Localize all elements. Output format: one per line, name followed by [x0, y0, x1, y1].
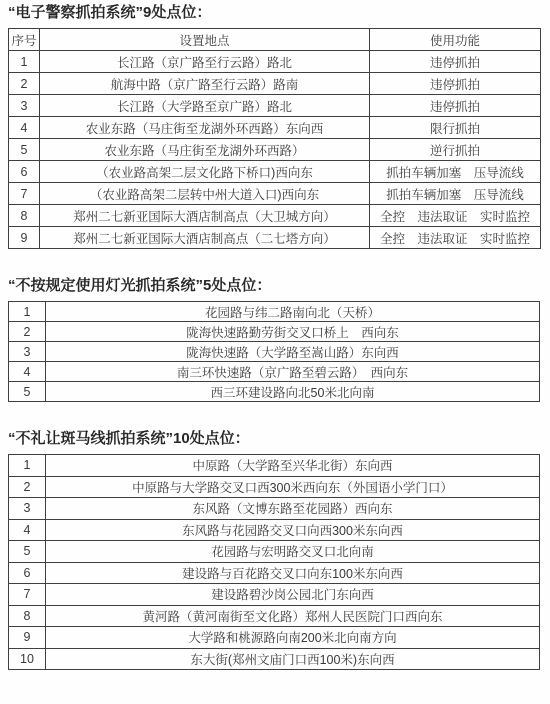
cell-location: 东风路与花园路交叉口向西300米东向西 [46, 519, 540, 541]
section-electronic-police: “电子警察抓拍系统”9处点位： 序号 设置地点 使用功能 1 长江路（京广路至行… [8, 5, 540, 249]
cell-location: 花园路与纬二路南向北（天桥） [46, 302, 540, 322]
cell-serial: 6 [9, 562, 46, 584]
table-row: 4 东风路与花园路交叉口向西300米东向西 [9, 519, 540, 541]
cell-function: 限行抓拍 [370, 117, 541, 139]
cell-serial: 1 [9, 455, 46, 477]
electronic-police-table: 序号 设置地点 使用功能 1 长江路（京广路至行云路）路北 违停抓拍 2 航海中… [8, 28, 541, 249]
cell-location: 农业东路（马庄街至龙湖外环西路） [40, 139, 370, 161]
cell-location: 建设路与百花路交叉口向东100米东向西 [46, 562, 540, 584]
header-serial: 序号 [9, 29, 40, 51]
cell-location: 建设路碧沙岗公园北门东向西 [46, 584, 540, 606]
table-header-row: 序号 设置地点 使用功能 [9, 29, 541, 51]
cell-serial: 2 [9, 476, 46, 498]
cell-location: 长江路（京广路至行云路）路北 [40, 51, 370, 73]
cell-location: 陇海快速路（大学路至嵩山路）东向西 [46, 342, 540, 362]
cell-serial: 7 [9, 183, 40, 205]
table-row: 3 长江路（大学路至京广路）路北 违停抓拍 [9, 95, 541, 117]
cell-serial: 9 [9, 627, 46, 649]
table-row: 5 农业东路（马庄街至龙湖外环西路） 逆行抓拍 [9, 139, 541, 161]
cell-location: 东风路（文博东路至花园路）西向东 [46, 498, 540, 520]
header-location: 设置地点 [40, 29, 370, 51]
cell-serial: 4 [9, 362, 46, 382]
cell-location: 中原路（大学路至兴华北街）东向西 [46, 455, 540, 477]
table-row: 1 中原路（大学路至兴华北街）东向西 [9, 455, 540, 477]
cell-location: 航海中路（京广路至行云路）路南 [40, 73, 370, 95]
cell-serial: 4 [9, 519, 46, 541]
cell-serial: 2 [9, 322, 46, 342]
table-row: 1 花园路与纬二路南向北（天桥） [9, 302, 540, 322]
cell-location: 中原路与大学路交叉口西300米西向东（外国语小学门口） [46, 476, 540, 498]
cell-serial: 8 [9, 605, 46, 627]
cell-location: 大学路和桃源路向南200米北向南方向 [46, 627, 540, 649]
cell-serial: 5 [9, 139, 40, 161]
cell-serial: 6 [9, 161, 40, 183]
cell-location: 花园路与宏明路交叉口北向南 [46, 541, 540, 563]
table-row: 2 中原路与大学路交叉口西300米西向东（外国语小学门口） [9, 476, 540, 498]
cell-serial: 10 [9, 648, 46, 670]
cell-function: 违停抓拍 [370, 51, 541, 73]
header-function: 使用功能 [370, 29, 541, 51]
cell-function: 抓拍车辆加塞 压导流线 [370, 183, 541, 205]
table-row: 8 郑州二七新亚国际大酒店制高点（大卫城方向） 全控 违法取证 实时监控 [9, 205, 541, 227]
cell-serial: 9 [9, 227, 40, 249]
table-row: 5 花园路与宏明路交叉口北向南 [9, 541, 540, 563]
cell-location: 黄河路（黄河南街至文化路）郑州人民医院门口西向东 [46, 605, 540, 627]
table-row: 9 郑州二七新亚国际大酒店制高点（二七塔方向） 全控 违法取证 实时监控 [9, 227, 541, 249]
table-row: 8 黄河路（黄河南街至文化路）郑州人民医院门口西向东 [9, 605, 540, 627]
cell-serial: 7 [9, 584, 46, 606]
cell-location: 南三环快速路（京广路至碧云路） 西向东 [46, 362, 540, 382]
cell-serial: 5 [9, 541, 46, 563]
cell-serial: 3 [9, 95, 40, 117]
cell-location: 郑州二七新亚国际大酒店制高点（大卫城方向） [40, 205, 370, 227]
table-row: 9 大学路和桃源路向南200米北向南方向 [9, 627, 540, 649]
table-row: 6 （农业路高架二层文化路下桥口)西向东 抓拍车辆加塞 压导流线 [9, 161, 541, 183]
table-row: 2 陇海快速路勤劳街交叉口桥上 西向东 [9, 322, 540, 342]
table-row: 7 建设路碧沙岗公园北门东向西 [9, 584, 540, 606]
table-row: 5 西三环建设路向北50米北向南 [9, 382, 540, 402]
light-usage-table: 1 花园路与纬二路南向北（天桥） 2 陇海快速路勤劳街交叉口桥上 西向东 3 陇… [8, 301, 540, 402]
table-row: 7 （农业路高架二层转中州大道入口)西向东 抓拍车辆加塞 压导流线 [9, 183, 541, 205]
section-title-electronic-police: “电子警察抓拍系统”9处点位： [8, 5, 540, 21]
table-row: 1 长江路（京广路至行云路）路北 违停抓拍 [9, 51, 541, 73]
cell-serial: 1 [9, 302, 46, 322]
cell-function: 违停抓拍 [370, 73, 541, 95]
cell-serial: 8 [9, 205, 40, 227]
cell-function: 全控 违法取证 实时监控 [370, 227, 541, 249]
table-row: 2 航海中路（京广路至行云路）路南 违停抓拍 [9, 73, 541, 95]
cell-location: （农业路高架二层转中州大道入口)西向东 [40, 183, 370, 205]
cell-function: 逆行抓拍 [370, 139, 541, 161]
table-row: 6 建设路与百花路交叉口向东100米东向西 [9, 562, 540, 584]
section-title-light-usage: “不按规定使用灯光抓拍系统”5处点位： [8, 278, 540, 294]
page: “电子警察抓拍系统”9处点位： 序号 设置地点 使用功能 1 长江路（京广路至行… [0, 0, 550, 670]
table-row: 3 陇海快速路（大学路至嵩山路）东向西 [9, 342, 540, 362]
cell-serial: 3 [9, 498, 46, 520]
cell-location: 东大街(郑州文庙门口西100米)东向西 [46, 648, 540, 670]
cell-function: 抓拍车辆加塞 压导流线 [370, 161, 541, 183]
cell-location: 西三环建设路向北50米北向南 [46, 382, 540, 402]
section-zebra-crossing: “不礼让斑马线抓拍系统”10处点位： 1 中原路（大学路至兴华北街）东向西 2 … [8, 431, 540, 670]
cell-serial: 2 [9, 73, 40, 95]
table-row: 3 东风路（文博东路至花园路）西向东 [9, 498, 540, 520]
cell-serial: 5 [9, 382, 46, 402]
cell-serial: 1 [9, 51, 40, 73]
table-row: 4 农业东路（马庄街至龙湖外环西路）东向西 限行抓拍 [9, 117, 541, 139]
cell-serial: 4 [9, 117, 40, 139]
table-row: 10 东大街(郑州文庙门口西100米)东向西 [9, 648, 540, 670]
cell-location: 陇海快速路勤劳街交叉口桥上 西向东 [46, 322, 540, 342]
cell-location: （农业路高架二层文化路下桥口)西向东 [40, 161, 370, 183]
cell-function: 违停抓拍 [370, 95, 541, 117]
zebra-crossing-table: 1 中原路（大学路至兴华北街）东向西 2 中原路与大学路交叉口西300米西向东（… [8, 454, 540, 670]
cell-location: 长江路（大学路至京广路）路北 [40, 95, 370, 117]
cell-location: 农业东路（马庄街至龙湖外环西路）东向西 [40, 117, 370, 139]
table-row: 4 南三环快速路（京广路至碧云路） 西向东 [9, 362, 540, 382]
section-light-usage: “不按规定使用灯光抓拍系统”5处点位： 1 花园路与纬二路南向北（天桥） 2 陇… [8, 278, 540, 402]
cell-serial: 3 [9, 342, 46, 362]
cell-function: 全控 违法取证 实时监控 [370, 205, 541, 227]
section-title-zebra-crossing: “不礼让斑马线抓拍系统”10处点位： [8, 431, 540, 447]
cell-location: 郑州二七新亚国际大酒店制高点（二七塔方向） [40, 227, 370, 249]
